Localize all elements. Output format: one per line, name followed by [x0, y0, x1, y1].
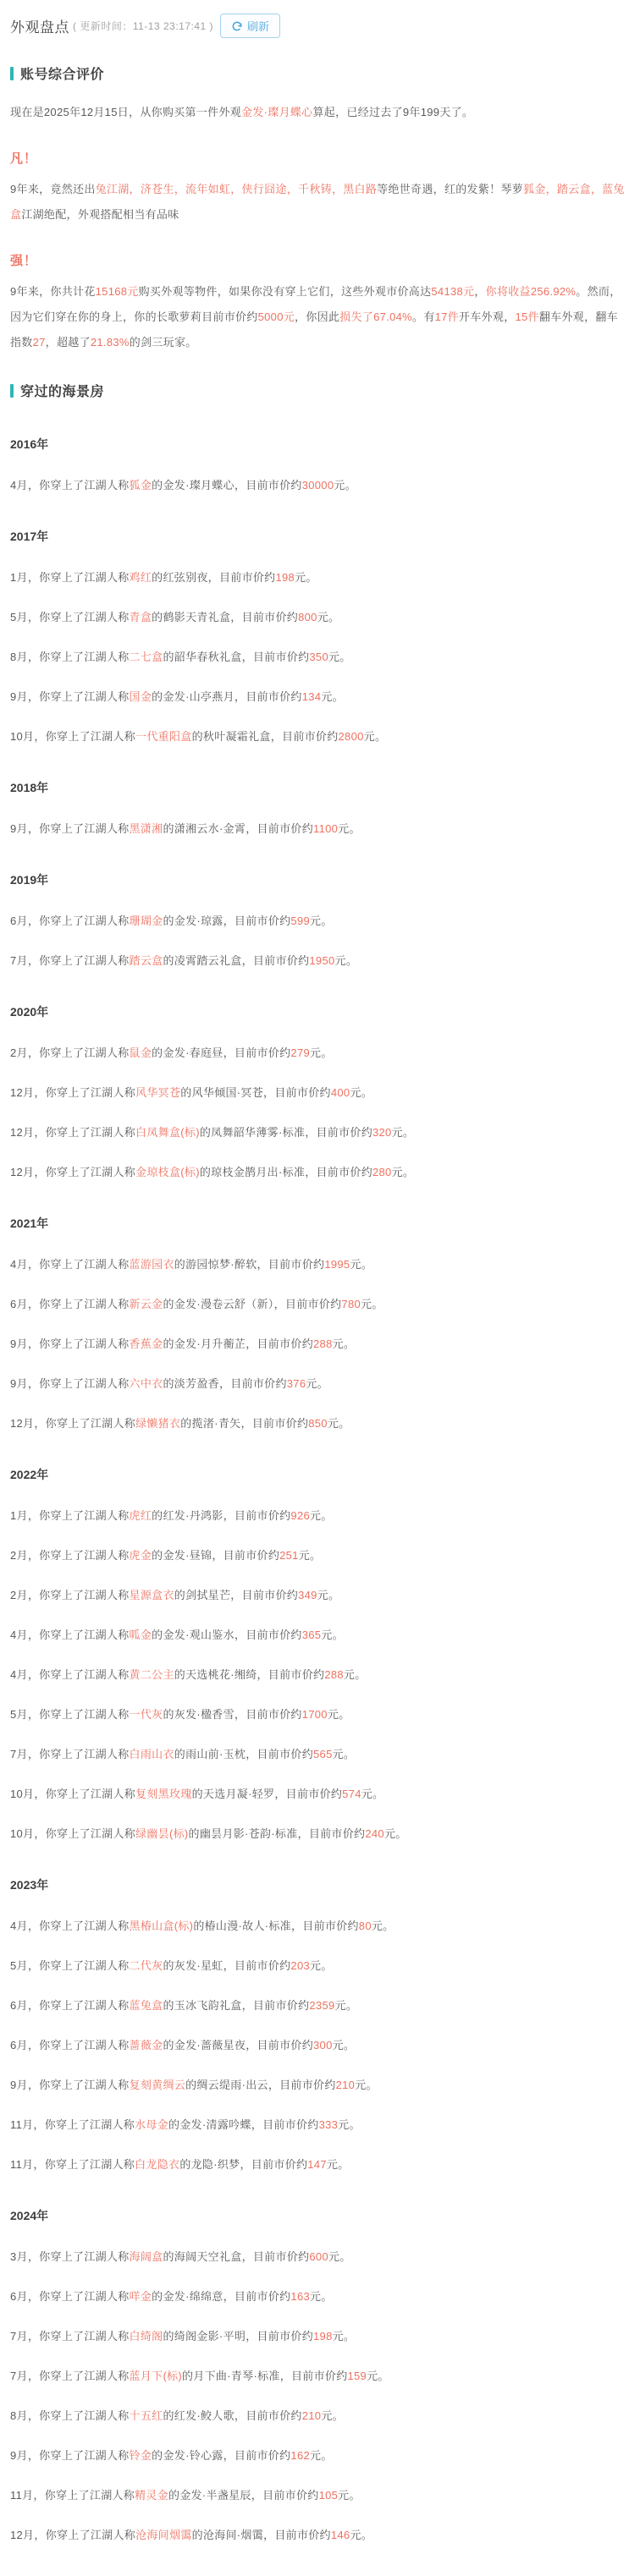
item-nickname: 白绮阁	[130, 2330, 163, 2343]
entry-text: 元。	[328, 2250, 351, 2263]
item-price: 280	[372, 1166, 392, 1178]
item-price: 279	[290, 1046, 310, 1059]
item-price: 162	[290, 2449, 310, 2462]
plain-text: 现在是2025年12月15日，从你购买第一件外观	[10, 106, 241, 118]
item-nickname: 铃金	[130, 2449, 152, 2462]
item-nickname: 绿懒猪衣	[135, 1417, 180, 1430]
entry-text: ，你穿上了江湖人称	[34, 1126, 135, 1139]
entry-text: 元。	[310, 915, 333, 927]
entry-text: ，你穿上了江湖人称	[28, 611, 130, 623]
entry-text: ，目前市价约	[234, 1708, 302, 1721]
entry-text: 的	[163, 1298, 174, 1310]
entry-month: 10月	[10, 1788, 34, 1800]
wardrobe-entry: 10月，你穿上了江湖人称一代重阳盒的秋叶凝霜礼盒，目前市价约2800元。	[10, 729, 625, 744]
entry-text: ，你穿上了江湖人称	[28, 1589, 130, 1601]
entry-month: 5月	[10, 1959, 28, 1972]
entry-text: 的	[163, 1999, 174, 2012]
entry-text: ，目前市价约	[223, 2290, 291, 2303]
item-nickname: 复刻黄绸云	[130, 2079, 186, 2091]
entry-text: 的	[152, 2290, 163, 2303]
item-nickname: 水母金	[135, 2118, 168, 2131]
item-name: 金发·半盏星辰	[179, 2489, 251, 2502]
highlight-text: 15件	[516, 310, 539, 323]
item-price: 376	[287, 1377, 306, 1390]
item-price: 105	[319, 2489, 339, 2502]
entry-text: 元。	[321, 690, 344, 703]
entry-text: 的	[152, 690, 163, 703]
entry-text: 的	[163, 1337, 174, 1350]
item-name: 金发·观山鉴水	[163, 1629, 234, 1641]
item-nickname: 黑椿山盒(标)	[130, 1920, 194, 1932]
entry-text: 元。	[338, 822, 361, 835]
entry-month: 7月	[10, 1748, 28, 1760]
entry-text: 元。	[306, 1377, 328, 1390]
highlight-text: 兔江湖，济苍生，流年如虹，侠行囧途，千秋铸，黑白路	[96, 183, 378, 195]
item-price: 288	[324, 1668, 344, 1681]
entry-month: 4月	[10, 1258, 28, 1271]
entry-text: 元。	[333, 1337, 356, 1350]
entry-text: ，目前市价约	[212, 1549, 279, 1562]
wardrobe-entry: 6月，你穿上了江湖人称蔷薇金的金发·蔷薇星夜，目前市价约300元。	[10, 2038, 625, 2052]
wardrobe-entry: 2月，你穿上了江湖人称星源盒衣的剑拭星芒，目前市价约349元。	[10, 1588, 625, 1602]
entry-text: ，你穿上了江湖人称	[28, 1509, 130, 1522]
entry-text: 的	[179, 2158, 190, 2171]
section-bar-icon	[10, 67, 14, 80]
item-name: 揽渚·青矢	[192, 1417, 241, 1430]
entry-text: 的	[152, 1509, 163, 1522]
item-name: 金发·琼露	[174, 915, 223, 927]
item-nickname: 二七盒	[130, 651, 163, 663]
item-price: 2359	[309, 1999, 334, 2012]
item-nickname: 黄二公主	[130, 1668, 174, 1681]
year-heading: 2020年	[10, 1003, 625, 1020]
entry-month: 1月	[10, 1509, 28, 1522]
entry-text: 元。	[335, 954, 358, 967]
item-price: 2800	[339, 730, 364, 743]
plain-text: 。有	[412, 310, 435, 323]
item-price: 163	[290, 2290, 310, 2303]
entry-text: ，目前市价约	[246, 1748, 313, 1760]
wardrobe-entry: 9月，你穿上了江湖人称铃金的金发·铃心露，目前市价约162元。	[10, 2448, 625, 2463]
entry-text: 的	[174, 1258, 185, 1271]
entry-text: 的	[163, 1708, 174, 1721]
entry-text: 的	[152, 1549, 163, 1562]
entry-text: 的	[152, 479, 163, 492]
entry-text: 元。	[310, 1046, 333, 1059]
entry-text: ，目前市价约	[242, 1999, 310, 2012]
item-price: 198	[313, 2330, 333, 2343]
item-name: 玉冰飞韵礼盒	[174, 1999, 242, 2012]
wardrobe-entry: 9月，你穿上了江湖人称黑潇湘的潇湘云水·金霄，目前市价约1100元。	[10, 821, 625, 836]
entry-text: ，你穿上了江湖人称	[33, 2158, 135, 2171]
entry-month: 6月	[10, 2290, 28, 2303]
wardrobe-entry: 9月，你穿上了江湖人称复刻黄绸云的绸云缇雨·出云，目前市价约210元。	[10, 2078, 625, 2092]
item-price: 333	[319, 2118, 339, 2131]
item-price: 1995	[324, 1258, 350, 1271]
entry-text: 元。	[310, 1959, 333, 1972]
entry-text: ，目前市价约	[257, 1258, 325, 1271]
item-nickname: 海阔盒	[130, 2250, 163, 2263]
item-price: 159	[348, 2370, 367, 2382]
intro-paragraph: 现在是2025年12月15日，从你购买第一件外观金发·璨月蝶心算起，已经过去了9…	[10, 100, 625, 125]
item-nickname: 金琼枝盒(标)	[135, 1166, 200, 1178]
item-price: 780	[341, 1298, 361, 1310]
plain-text: 江湖绝配，外观搭配相当有品味	[21, 208, 179, 221]
entry-text: 元。	[333, 2039, 356, 2051]
year-heading: 2016年	[10, 436, 625, 453]
wardrobe-entry: 1月，你穿上了江湖人称虎红的红发·丹鸿影，目前市价约926元。	[10, 1508, 625, 1523]
plain-text: 等绝世奇遇，红的发紫！琴萝	[377, 183, 523, 195]
item-nickname: 白雨山衣	[130, 1748, 174, 1760]
entry-text: ，你穿上了江湖人称	[34, 1827, 135, 1840]
entry-text: 的	[193, 1920, 204, 1932]
entry-text: ，你穿上了江湖人称	[28, 2330, 130, 2343]
entry-text: ，你穿上了江湖人称	[28, 1298, 130, 1310]
entry-text: ，你穿上了江湖人称	[28, 2250, 130, 2263]
entry-text: ，你穿上了江湖人称	[28, 571, 130, 584]
item-nickname: 蓝兔盒	[130, 1999, 163, 2012]
item-nickname: 珊瑚金	[130, 915, 163, 927]
wardrobe-entry: 10月，你穿上了江湖人称绿幽昙(标)的幽昙月影·苍韵·标准，目前市价约240元。	[10, 1826, 625, 1841]
entry-text: 的	[174, 1589, 185, 1601]
item-price: 198	[275, 571, 295, 584]
item-name: 鹤影天青礼盒	[163, 611, 230, 623]
entry-month: 4月	[10, 479, 28, 492]
entry-text: 元。	[367, 2370, 389, 2382]
entry-text: 的	[163, 2330, 174, 2343]
item-name: 金发·璨月蝶心	[163, 479, 234, 492]
highlight-text: 54138元	[431, 285, 474, 298]
highlight-text: 15168元	[96, 285, 139, 298]
entry-text: ，目前市价约	[234, 690, 302, 703]
entry-month: 6月	[10, 1999, 28, 2012]
entry-month: 9月	[10, 1337, 28, 1350]
item-price: 800	[298, 611, 317, 623]
entry-text: ，你穿上了江湖人称	[28, 690, 130, 703]
wardrobe-entry: 4月，你穿上了江湖人称黄二公主的天选桃花·缃绮，目前市价约288元。	[10, 1667, 625, 1682]
entry-text: 元。	[335, 1999, 358, 2012]
entry-text: ，你穿上了江湖人称	[34, 2529, 135, 2541]
entry-text: 元。	[310, 2449, 333, 2462]
plain-text: 算起，已经过去了9年199天了。	[312, 106, 473, 118]
entry-text: 元。	[334, 479, 356, 492]
entry-text: 元。	[361, 1298, 383, 1310]
item-name: 红弦别夜	[163, 571, 207, 584]
wardrobe-entry: 12月，你穿上了江湖人称白凤舞盒(标)的凤舞韶华薄雾·标准，目前市价约320元。	[10, 1125, 625, 1140]
entry-text: ，目前市价约	[263, 2529, 331, 2541]
wardrobe-entry: 7月，你穿上了江湖人称白雨山衣的雨山前·玉枕，目前市价约565元。	[10, 1747, 625, 1761]
item-price: 1100	[313, 822, 338, 835]
item-nickname: 鸡红	[130, 571, 152, 584]
item-nickname: 咩金	[130, 2290, 152, 2303]
highlight-text: 金发·璨月蝶心	[241, 106, 312, 118]
wardrobe-entry: 5月，你穿上了江湖人称一代灰的灰发·楹香雪，目前市价约1700元。	[10, 1707, 625, 1722]
item-name: 绸云缇雨·出云	[196, 2079, 268, 2091]
entry-month: 6月	[10, 1298, 28, 1310]
item-name: 灰发·星虹	[174, 1959, 223, 1972]
entry-text: ，目前市价约	[208, 571, 276, 584]
entry-text: 元。	[364, 730, 387, 743]
entry-text: 的	[200, 1126, 211, 1139]
entry-text: ，你穿上了江湖人称	[28, 915, 130, 927]
entry-text: ，目前市价约	[263, 1086, 331, 1099]
plain-text: ，你因此	[295, 310, 339, 323]
item-nickname: 十五红	[130, 2409, 163, 2422]
entry-month: 3月	[10, 2250, 28, 2263]
item-nickname: 一代重阳盒	[135, 730, 192, 743]
item-nickname: 呱金	[130, 1629, 152, 1641]
item-price: 203	[290, 1959, 310, 1972]
entry-text: 的	[174, 1668, 185, 1681]
item-name: 金发·绵绵意	[163, 2290, 223, 2303]
wardrobe-entry: 7月，你穿上了江湖人称蓝月下(标)的月下曲·青琴·标准，目前市价约159元。	[10, 2369, 625, 2383]
entry-text: ，你穿上了江湖人称	[28, 2079, 130, 2091]
entry-month: 11月	[10, 2158, 33, 2171]
entry-text: ，你穿上了江湖人称	[28, 1337, 130, 1350]
entry-month: 9月	[10, 822, 28, 835]
item-price: 320	[372, 1126, 392, 1139]
plain-text: 9年来，你共计花	[10, 285, 96, 298]
entry-month: 10月	[10, 1827, 34, 1840]
plain-text: ，	[474, 285, 485, 298]
wardrobe-entry: 6月，你穿上了江湖人称蓝兔盒的玉冰飞韵礼盒，目前市价约2359元。	[10, 1998, 625, 2013]
entry-text: ，目前市价约	[242, 954, 310, 967]
entry-text: ，目前市价约	[230, 611, 298, 623]
wardrobe-entry: 9月，你穿上了江湖人称六中衣的淡芳盈香，目前市价约376元。	[10, 1376, 625, 1391]
wardrobe-entry: 11月，你穿上了江湖人称白龙隐衣的龙隐·织梦，目前市价约147元。	[10, 2157, 625, 2172]
entry-month: 11月	[10, 2118, 33, 2131]
item-nickname: 虎红	[130, 1509, 152, 1522]
item-nickname: 国金	[130, 690, 152, 703]
entry-month: 7月	[10, 954, 28, 967]
entry-text: ，你穿上了江湖人称	[28, 2290, 130, 2303]
entry-text: ，你穿上了江湖人称	[28, 1549, 130, 1562]
wardrobe-entry: 9月，你穿上了江湖人称国金的金发·山亭燕月，目前市价约134元。	[10, 689, 625, 704]
entry-text: ，目前市价约	[274, 1298, 342, 1310]
item-name: 金发·铃心露	[163, 2449, 223, 2462]
entry-text: 元。	[328, 1708, 350, 1721]
item-name: 幽昙月影·苍韵·标准	[200, 1827, 298, 1840]
page-title: 外观盘点	[10, 15, 69, 36]
item-name: 金发·春庭昼	[163, 1046, 223, 1059]
entry-text: ，你穿上了江湖人称	[34, 1417, 135, 1430]
entry-text: ，你穿上了江湖人称	[33, 2489, 135, 2502]
item-nickname: 二代灰	[130, 1959, 163, 1972]
item-name: 椿山漫·故人·标准	[205, 1920, 291, 1932]
entry-month: 2月	[10, 1589, 28, 1601]
year-heading: 2021年	[10, 1215, 625, 1232]
item-name: 金发·山亭燕月	[163, 690, 234, 703]
entry-text: 的	[163, 2250, 174, 2263]
entry-text: ，目前市价约	[305, 1126, 372, 1139]
entry-month: 5月	[10, 611, 28, 623]
entry-text: ，你穿上了江湖人称	[28, 2370, 130, 2382]
item-name: 沧海间·烟霭	[203, 2529, 263, 2541]
item-nickname: 蓝游园衣	[130, 1258, 174, 1271]
wardrobe-entry: 12月，你穿上了江湖人称金琼枝盒(标)的琼枝金鹊月出·标准，目前市价约280元。	[10, 1165, 625, 1179]
entry-text: 的	[163, 822, 174, 835]
entry-month: 10月	[10, 730, 34, 743]
item-nickname: 六中衣	[130, 1377, 163, 1390]
plain-text: 购买外观等物件，如果你没有穿上它们，这些外观市价高达	[139, 285, 432, 298]
item-name: 金发·漫卷云舒（新）	[174, 1298, 274, 1310]
entry-month: 8月	[10, 651, 28, 663]
wardrobe-entry: 4月，你穿上了江湖人称黑椿山盒(标)的椿山漫·故人·标准，目前市价约80元。	[10, 1919, 625, 1933]
item-name: 绮阁金影·平明	[174, 2330, 246, 2343]
entry-text: 元。	[350, 1258, 372, 1271]
wardrobe-entry: 1月，你穿上了江湖人称鸡红的红弦别夜，目前市价约198元。	[10, 570, 625, 585]
entry-text: 元。	[299, 1549, 322, 1562]
item-name: 灰发·楹香雪	[174, 1708, 234, 1721]
entry-month: 4月	[10, 1920, 28, 1932]
wardrobe-entry: 3月，你穿上了江湖人称海阔盒的海阔天空礼盒，目前市价约600元。	[10, 2249, 625, 2264]
item-name: 红发·丹鸿影	[163, 1509, 223, 1522]
item-nickname: 白凤舞盒(标)	[135, 1126, 200, 1139]
item-price: 134	[302, 690, 322, 703]
entry-text: ，目前市价约	[246, 1337, 313, 1350]
entry-text: 的	[152, 611, 163, 623]
highlight-text: 17件	[435, 310, 459, 323]
entry-month: 6月	[10, 2039, 28, 2051]
wardrobe-entry: 4月，你穿上了江湖人称呱金的金发·观山鉴水，目前市价约365元。	[10, 1628, 625, 1642]
entry-text: ，你穿上了江湖人称	[34, 1166, 135, 1178]
qiang-paragraph: 9年来，你共计花15168元购买外观等物件，如果你没有穿上它们，这些外观市价高达…	[10, 279, 625, 355]
item-price: 926	[290, 1509, 310, 1522]
entry-text: 元。	[321, 1629, 344, 1641]
section-bar-icon	[10, 384, 14, 398]
item-name: 龙隐·织梦	[191, 2158, 240, 2171]
entry-text: 的	[192, 730, 203, 743]
item-price: 288	[313, 1337, 333, 1350]
item-nickname: 青盒	[130, 611, 152, 623]
item-name: 游园惊梦·醉软	[185, 1258, 257, 1271]
item-name: 红发·鲛人歌	[174, 2409, 234, 2422]
item-price: 146	[331, 2529, 350, 2541]
entry-text: ，你穿上了江湖人称	[28, 1748, 130, 1760]
entry-text: ，目前市价约	[219, 1377, 287, 1390]
entry-month: 7月	[10, 2330, 28, 2343]
entry-text: 元。	[310, 1509, 333, 1522]
entry-text: 的	[152, 571, 163, 584]
item-nickname: 蔷薇金	[130, 2039, 163, 2051]
wardrobe-entry: 2月，你穿上了江湖人称鼠金的金发·春庭昼，目前市价约279元。	[10, 1046, 625, 1060]
item-nickname: 虎金	[130, 1549, 152, 1562]
entry-month: 12月	[10, 1126, 34, 1139]
year-heading: 2022年	[10, 1466, 625, 1483]
entry-text: 元。	[350, 2529, 372, 2541]
item-price: 210	[302, 2409, 322, 2422]
item-nickname: 白龙隐衣	[135, 2158, 179, 2171]
entry-text: 的	[168, 2489, 179, 2502]
entry-text: 的	[180, 1417, 191, 1430]
wardrobe-list: 2016年4月，你穿上了江湖人称狐金的金发·璨月蝶心，目前市价约30000元。2…	[10, 436, 625, 2542]
entry-text: ，目前市价约	[246, 2330, 313, 2343]
entry-month: 12月	[10, 2529, 34, 2541]
wardrobe-entry: 12月，你穿上了江湖人称绿懒猪衣的揽渚·青矢，目前市价约850元。	[10, 1416, 625, 1431]
entry-text: ，目前市价约	[234, 2409, 302, 2422]
plain-text: 开车外观，	[459, 310, 516, 323]
entry-text: 的	[200, 1166, 211, 1178]
entry-text: ，目前市价约	[223, 1509, 291, 1522]
entry-text: 元。	[392, 1126, 415, 1139]
item-name: 金发·月升蘅芷	[174, 1337, 246, 1350]
year-heading: 2017年	[10, 528, 625, 545]
entry-text: ，目前市价约	[234, 1629, 302, 1641]
entry-text: 元。	[328, 1417, 350, 1430]
entry-month: 12月	[10, 1086, 34, 1099]
plain-text: ，超越了	[46, 336, 91, 349]
entry-text: 的	[168, 2118, 179, 2131]
wardrobe-entry: 11月，你穿上了江湖人称水母金的金发·清露吟蝶，目前市价约333元。	[10, 2117, 625, 2132]
item-name: 海阔天空礼盒	[174, 2250, 242, 2263]
entry-month: 4月	[10, 1668, 28, 1681]
entry-text: ，目前市价约	[242, 2250, 310, 2263]
item-price: 574	[342, 1788, 361, 1800]
item-nickname: 香蕉金	[130, 1337, 163, 1350]
item-nickname: 复刻黑玫瑰	[135, 1788, 192, 1800]
wardrobe-entry: 11月，你穿上了江湖人称精灵金的金发·半盏星辰，目前市价约105元。	[10, 2488, 625, 2502]
item-price: 599	[290, 915, 310, 927]
entry-text: ，你穿上了江湖人称	[28, 2409, 130, 2422]
item-nickname: 精灵金	[135, 2489, 168, 2502]
entry-text: 元。	[384, 1827, 407, 1840]
entry-text: 元。	[295, 571, 317, 584]
item-name: 潇湘云水·金霄	[174, 822, 246, 835]
entry-text: ，你穿上了江湖人称	[28, 954, 130, 967]
entry-text: ，目前市价约	[251, 2118, 319, 2131]
entry-text: ，目前市价约	[274, 1788, 342, 1800]
entry-text: 元。	[327, 2158, 350, 2171]
item-price: 147	[307, 2158, 327, 2171]
entry-text: ，你穿上了江湖人称	[28, 479, 130, 492]
section-title: 穿过的海景房	[20, 381, 104, 400]
entry-text: 的	[163, 2039, 174, 2051]
entry-text: ，你穿上了江湖人称	[34, 1086, 135, 1099]
entry-text: ，目前市价约	[234, 479, 302, 492]
item-nickname: 狐金	[130, 479, 152, 492]
item-price: 400	[331, 1086, 350, 1099]
update-time: ( 更新时间：11-13 23:17:41 )	[73, 19, 213, 33]
item-name: 天选月凝·轻罗	[203, 1788, 274, 1800]
wardrobe-entry: 5月，你穿上了江湖人称二代灰的灰发·星虹，目前市价约203元。	[10, 1958, 625, 1973]
entry-text: 的	[163, 1959, 174, 1972]
entry-text: 的	[182, 2370, 193, 2382]
entry-text: ，目前市价约	[251, 2489, 319, 2502]
entry-text: 元。	[333, 1748, 356, 1760]
entry-text: ，目前市价约	[298, 1827, 366, 1840]
entry-text: 元。	[338, 2118, 361, 2131]
item-price: 251	[279, 1549, 299, 1562]
entry-text: 的	[152, 2449, 163, 2462]
refresh-button[interactable]: 刷新	[220, 14, 280, 38]
year-heading: 2024年	[10, 2207, 625, 2224]
entry-text: ，目前市价约	[305, 1166, 372, 1178]
item-name: 天选桃花·缃绮	[185, 1668, 257, 1681]
entry-text: 的	[192, 1788, 203, 1800]
entry-text: ，目前市价约	[246, 822, 313, 835]
entry-text: 的	[189, 1827, 200, 1840]
entry-month: 11月	[10, 2489, 33, 2502]
item-name: 金发·昼锦	[163, 1549, 212, 1562]
item-price: 300	[313, 2039, 333, 2051]
entry-text: 元。	[321, 2409, 344, 2422]
entry-text: 的	[163, 2409, 174, 2422]
item-name: 金发·蔷薇星夜	[174, 2039, 246, 2051]
item-price: 240	[365, 1827, 384, 1840]
year-heading: 2019年	[10, 871, 625, 888]
item-name: 雨山前·玉枕	[185, 1748, 246, 1760]
entry-text: 的	[163, 651, 174, 663]
